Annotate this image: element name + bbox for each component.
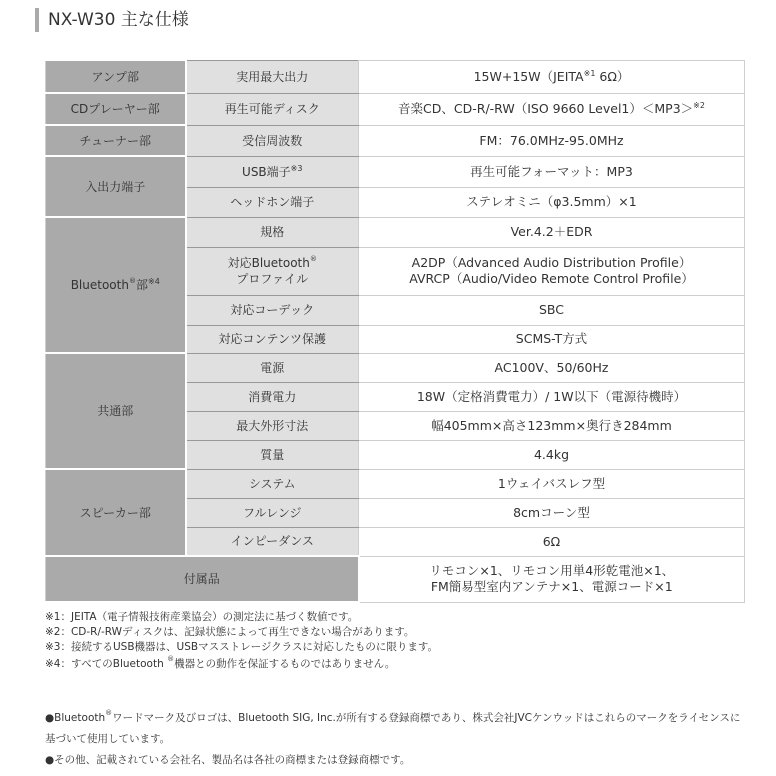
category-cd: CDプレーヤー部	[46, 93, 186, 125]
spec-label: 受信周波数	[186, 125, 359, 156]
spec-label: 規格	[186, 217, 359, 247]
spec-label: ヘッドホン端子	[186, 187, 359, 217]
spec-value: 再生可能フォーマット：MP3	[359, 156, 745, 187]
category-amp: アンプ部	[46, 60, 186, 93]
spec-value: SCMS-T方式	[359, 325, 745, 353]
spec-label: 電源	[186, 353, 359, 382]
table-row: CDプレーヤー部 再生可能ディスク 音楽CD、CD-R/-RW（ISO 9660…	[46, 93, 745, 125]
table-row: Bluetooth®部※4 規格 Ver.4.2＋EDR	[46, 217, 745, 247]
spec-label: システム	[186, 469, 359, 498]
footnote-3: ※3：接続するUSB機器は、USBマスストレージクラスに対応したものに限ります。	[45, 640, 438, 655]
category-io: 入出力端子	[46, 156, 186, 217]
spec-value: 6Ω	[359, 527, 745, 556]
footnotes: ※1：JEITA（電子情報技術産業協会）の測定法に基づく数値です。 ※2：CD-…	[45, 610, 438, 672]
category-common: 共通部	[46, 353, 186, 469]
spec-value: 幅405mm×高さ123mm×奥行き284mm	[359, 411, 745, 440]
legal-notice: ●Bluetooth®ワードマーク及びロゴは、Bluetooth SIG, In…	[45, 708, 745, 771]
category-speaker: スピーカー部	[46, 469, 186, 556]
spec-label: インピーダンス	[186, 527, 359, 556]
spec-value: A2DP（Advanced Audio Distribution Profile…	[359, 247, 745, 295]
spec-label: 対応コンテンツ保護	[186, 325, 359, 353]
footnote-2: ※2：CD-R/-RWディスクは、記録状態によって再生できない場合があります。	[45, 625, 438, 640]
table-row: アンプ部 実用最大出力 15W+15W（JEITA※1 6Ω）	[46, 60, 745, 93]
spec-value: ステレオミニ（φ3.5mm）×1	[359, 187, 745, 217]
spec-value: 4.4kg	[359, 440, 745, 469]
spec-table: アンプ部 実用最大出力 15W+15W（JEITA※1 6Ω） CDプレーヤー部…	[45, 59, 745, 603]
spec-value: FM：76.0MHz-95.0MHz	[359, 125, 745, 156]
spec-label: フルレンジ	[186, 498, 359, 527]
spec-label: 再生可能ディスク	[186, 93, 359, 125]
table-row: スピーカー部 システム 1ウェイバスレフ型	[46, 469, 745, 498]
spec-value: 18W（定格消費電力）/ 1W以下（電源待機時）	[359, 382, 745, 411]
category-accessories: 付属品	[46, 556, 359, 602]
page-title: NX-W30 主な仕様	[35, 8, 189, 32]
spec-label: 消費電力	[186, 382, 359, 411]
category-bluetooth: Bluetooth®部※4	[46, 217, 186, 353]
spec-value: 8cmコーン型	[359, 498, 745, 527]
spec-label: USB端子※3	[186, 156, 359, 187]
spec-label: 実用最大出力	[186, 60, 359, 93]
footnote-4: ※4：すべてのBluetooth ®機器との動作を保証するものではありません。	[45, 657, 438, 672]
spec-value: SBC	[359, 295, 745, 325]
spec-value: リモコン×1、リモコン用単4形乾電池×1、FM簡易型室内アンテナ×1、電源コード…	[359, 556, 745, 602]
trademark-other: ●その他、記載されている会社名、製品名は各社の商標または登録商標です。	[45, 750, 745, 771]
spec-value: 15W+15W（JEITA※1 6Ω）	[359, 60, 745, 93]
spec-value: Ver.4.2＋EDR	[359, 217, 745, 247]
spec-label: 最大外形寸法	[186, 411, 359, 440]
table-row: 付属品 リモコン×1、リモコン用単4形乾電池×1、FM簡易型室内アンテナ×1、電…	[46, 556, 745, 602]
table-row: チューナー部 受信周波数 FM：76.0MHz-95.0MHz	[46, 125, 745, 156]
table-row: 共通部 電源 AC100V、50/60Hz	[46, 353, 745, 382]
table-row: 入出力端子 USB端子※3 再生可能フォーマット：MP3	[46, 156, 745, 187]
spec-value: AC100V、50/60Hz	[359, 353, 745, 382]
category-tuner: チューナー部	[46, 125, 186, 156]
spec-value: 音楽CD、CD-R/-RW（ISO 9660 Level1）＜MP3＞※2	[359, 93, 745, 125]
spec-label: 対応Bluetooth®プロファイル	[186, 247, 359, 295]
spec-label: 質量	[186, 440, 359, 469]
footnote-1: ※1：JEITA（電子情報技術産業協会）の測定法に基づく数値です。	[45, 610, 438, 625]
spec-label: 対応コーデック	[186, 295, 359, 325]
spec-value: 1ウェイバスレフ型	[359, 469, 745, 498]
trademark-bluetooth: ●Bluetooth®ワードマーク及びロゴは、Bluetooth SIG, In…	[45, 708, 745, 750]
